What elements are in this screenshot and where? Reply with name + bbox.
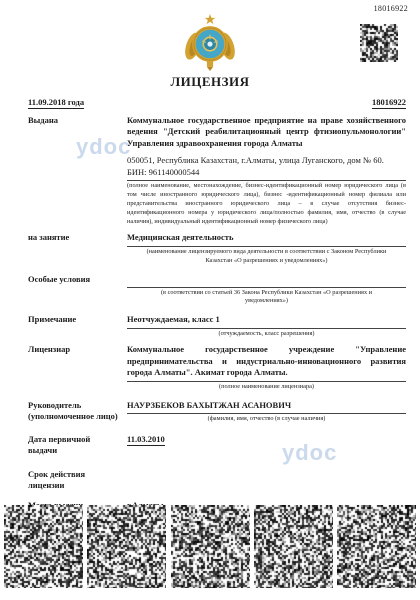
license-document: 18016922 ЛИЦЕНЗИЯ ydoc ydoc 11.09.2018 г… [0,0,420,600]
field-label: Выдана [28,115,127,126]
activity-caption: (наименование лицензируемого вида деятел… [127,248,406,266]
field-label: Дата первичной выдачи [28,434,127,457]
page-title: ЛИЦЕНЗИЯ [0,74,420,90]
kazakhstan-emblem-icon [184,14,236,77]
field-label: Примечание [28,314,127,325]
barcode-block [171,505,250,588]
field-label: Особые условия [28,274,127,285]
barcode-block [87,505,166,588]
field-rule [127,381,406,382]
field-rule [127,413,406,414]
barcode-block [4,505,83,588]
issued-to-value: Коммунальное государственное предприятие… [127,115,406,149]
field-label: Срок действия лицензии [28,469,127,492]
field-first-issue-date: Дата первичной выдачи 11.03.2010 [28,434,406,457]
field-special-conditions: Особые условия (в соответствии со статье… [28,274,406,307]
field-licensor: Лицензиар Коммунальное государственное у… [28,344,406,391]
field-rule [127,287,406,288]
note-caption: (отчуждаемость, класс разрешения) [127,330,406,339]
field-rule [127,328,406,329]
license-number: 18016922 [372,97,406,109]
activity-value: Медицинская деятельность [127,232,406,243]
head-caption: (фамилия, имя, отчество (в случае наличи… [127,415,406,424]
special-conditions-caption: (в соответствии со статьей 36 Закона Рес… [127,289,406,307]
first-issue-date-value: 11.03.2010 [127,434,165,446]
field-validity: Срок действия лицензии [28,469,406,492]
issued-to-caption: (полное наименование, местонахождение, б… [127,182,406,226]
issue-date: 11.09.2018 года [28,97,84,109]
field-activity: на занятие Медицинская деятельность (наи… [28,232,406,265]
barcode-block [254,505,333,588]
barcode-strip [4,505,416,588]
field-note: Примечание Неотчуждаемая, класс 1 (отчуж… [28,314,406,338]
issued-to-address: 050051, Республика Казахстан, г.Алматы, … [127,155,406,166]
head-value: НАУРЗБЕКОВ БАХЫТЖАН АСАНОВИЧ [127,400,406,411]
licensor-caption: (полное наименование лицензиара) [127,383,406,392]
field-rule [127,180,406,181]
qr-code-icon [360,24,398,62]
field-issued-to: Выдана Коммунальное государственное пред… [28,115,406,226]
barcode-block [337,505,416,588]
date-number-row: 11.09.2018 года 18016922 [28,97,406,109]
issued-to-bin: БИН: 961140000544 [127,167,406,178]
special-conditions-value [127,274,406,285]
field-head: Руководитель (уполномоченное лицо) НАУРЗ… [28,400,406,424]
field-label: Руководитель (уполномоченное лицо) [28,400,127,423]
document-id-top: 18016922 [374,4,408,13]
field-label: Лицензиар [28,344,127,355]
note-value: Неотчуждаемая, класс 1 [127,314,406,325]
licensor-value: Коммунальное государственное учреждение … [127,344,406,378]
field-label: на занятие [28,232,127,243]
field-rule [127,246,406,247]
